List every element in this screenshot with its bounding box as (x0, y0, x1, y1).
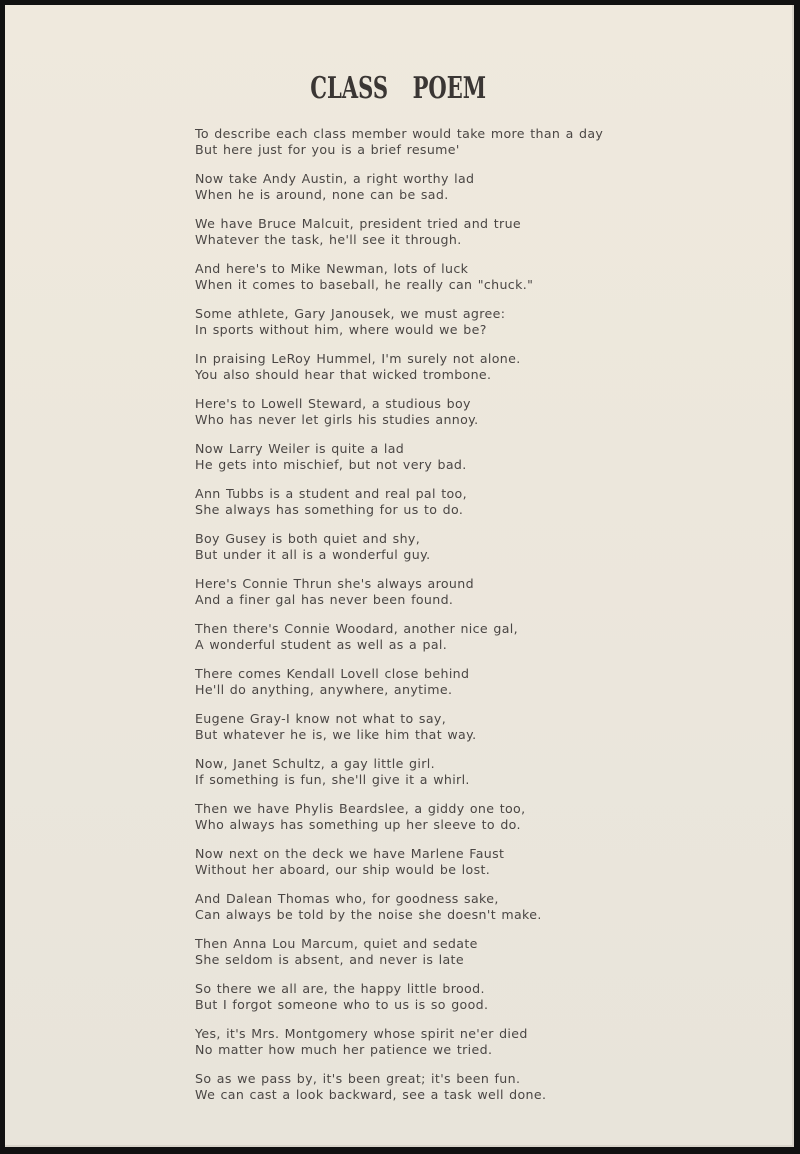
poem-line: Some athlete, Gary Janousek, we must agr… (195, 306, 615, 322)
document-page: CLASS POEM To describe each class member… (5, 5, 794, 1147)
poem-line: Without her aboard, our ship would be lo… (195, 862, 615, 878)
poem-line: We can cast a look backward, see a task … (195, 1087, 615, 1103)
poem-line: So there we all are, the happy little br… (195, 981, 615, 997)
poem-line: There comes Kendall Lovell close behind (195, 666, 615, 682)
poem-line: Now, Janet Schultz, a gay little girl. (195, 756, 615, 772)
poem-line: And Dalean Thomas who, for goodness sake… (195, 891, 615, 907)
poem-body: To describe each class member would take… (195, 126, 615, 1116)
poem-stanza: Then we have Phylis Beardslee, a giddy o… (195, 801, 615, 833)
poem-stanza: And here's to Mike Newman, lots of luckW… (195, 261, 615, 293)
poem-line: Then there's Connie Woodard, another nic… (195, 621, 615, 637)
poem-stanza: Now take Andy Austin, a right worthy lad… (195, 171, 615, 203)
poem-line: Then Anna Lou Marcum, quiet and sedate (195, 936, 615, 952)
poem-line: But I forgot someone who to us is so goo… (195, 997, 615, 1013)
poem-stanza: Now next on the deck we have Marlene Fau… (195, 846, 615, 878)
poem-line: Who always has something up her sleeve t… (195, 817, 615, 833)
poem-line: A wonderful student as well as a pal. (195, 637, 615, 653)
poem-stanza: In praising LeRoy Hummel, I'm surely not… (195, 351, 615, 383)
poem-stanza: Now, Janet Schultz, a gay little girl.If… (195, 756, 615, 788)
poem-line: Yes, it's Mrs. Montgomery whose spirit n… (195, 1026, 615, 1042)
poem-line: Boy Gusey is both quiet and shy, (195, 531, 615, 547)
poem-line: Now next on the deck we have Marlene Fau… (195, 846, 615, 862)
poem-stanza: Then there's Connie Woodard, another nic… (195, 621, 615, 653)
poem-stanza: To describe each class member would take… (195, 126, 615, 158)
poem-line: Who has never let girls his studies anno… (195, 412, 615, 428)
poem-line: In praising LeRoy Hummel, I'm surely not… (195, 351, 615, 367)
poem-line: She always has something for us to do. (195, 502, 615, 518)
poem-line: Whatever the task, he'll see it through. (195, 232, 615, 248)
poem-line: We have Bruce Malcuit, president tried a… (195, 216, 615, 232)
poem-line: Ann Tubbs is a student and real pal too, (195, 486, 615, 502)
poem-stanza: Here's to Lowell Steward, a studious boy… (195, 396, 615, 428)
poem-stanza: We have Bruce Malcuit, president tried a… (195, 216, 615, 248)
poem-line: So as we pass by, it's been great; it's … (195, 1071, 615, 1087)
poem-line: And here's to Mike Newman, lots of luck (195, 261, 615, 277)
poem-line: When it comes to baseball, he really can… (195, 277, 615, 293)
poem-line: If something is fun, she'll give it a wh… (195, 772, 615, 788)
poem-line: Here's to Lowell Steward, a studious boy (195, 396, 615, 412)
poem-line: But under it all is a wonderful guy. (195, 547, 615, 563)
poem-stanza: Some athlete, Gary Janousek, we must agr… (195, 306, 615, 338)
poem-stanza: Now Larry Weiler is quite a ladHe gets i… (195, 441, 615, 473)
poem-line: But whatever he is, we like him that way… (195, 727, 615, 743)
poem-stanza: There comes Kendall Lovell close behindH… (195, 666, 615, 698)
poem-stanza: Yes, it's Mrs. Montgomery whose spirit n… (195, 1026, 615, 1058)
poem-line: He'll do anything, anywhere, anytime. (195, 682, 615, 698)
poem-line: Then we have Phylis Beardslee, a giddy o… (195, 801, 615, 817)
poem-stanza: Boy Gusey is both quiet and shy,But unde… (195, 531, 615, 563)
poem-line: But here just for you is a brief resume' (195, 142, 615, 158)
poem-line: In sports without him, where would we be… (195, 322, 615, 338)
poem-line: No matter how much her patience we tried… (195, 1042, 615, 1058)
poem-stanza: Then Anna Lou Marcum, quiet and sedateSh… (195, 936, 615, 968)
poem-stanza: Eugene Gray-I know not what to say,But w… (195, 711, 615, 743)
poem-line: She seldom is absent, and never is late (195, 952, 615, 968)
poem-stanza: So as we pass by, it's been great; it's … (195, 1071, 615, 1103)
poem-stanza: And Dalean Thomas who, for goodness sake… (195, 891, 615, 923)
poem-line: Now take Andy Austin, a right worthy lad (195, 171, 615, 187)
poem-line: Can always be told by the noise she does… (195, 907, 615, 923)
poem-stanza: So there we all are, the happy little br… (195, 981, 615, 1013)
poem-line: He gets into mischief, but not very bad. (195, 457, 615, 473)
poem-line: When he is around, none can be sad. (195, 187, 615, 203)
poem-line: You also should hear that wicked trombon… (195, 367, 615, 383)
poem-stanza: Here's Connie Thrun she's always aroundA… (195, 576, 615, 608)
page-title: CLASS POEM (91, 71, 705, 106)
poem-line: To describe each class member would take… (195, 126, 615, 142)
poem-line: And a finer gal has never been found. (195, 592, 615, 608)
poem-line: Here's Connie Thrun she's always around (195, 576, 615, 592)
poem-stanza: Ann Tubbs is a student and real pal too,… (195, 486, 615, 518)
poem-line: Eugene Gray-I know not what to say, (195, 711, 615, 727)
poem-line: Now Larry Weiler is quite a lad (195, 441, 615, 457)
